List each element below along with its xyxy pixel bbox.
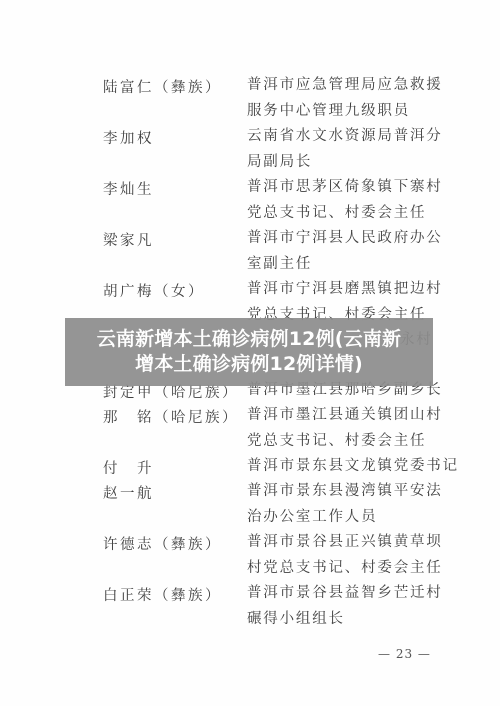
person-position: 云南省水文水资源局普洱分 局副局长 xyxy=(247,124,437,175)
position-line: 党总支书记、村委会主任 xyxy=(247,201,437,227)
position-line: 普洱市景谷县正兴镇黄草坝 xyxy=(247,530,437,556)
person-name: 许德志（彝族） xyxy=(103,533,222,554)
position-line: 普洱市思茅区倚象镇下寨村 xyxy=(247,175,437,201)
person-name: 胡广梅（女） xyxy=(103,280,205,301)
person-name: 那 铭（哈尼族） xyxy=(103,406,239,427)
person-name: 李灿生 xyxy=(103,178,154,199)
person-name: 梁家凡 xyxy=(103,229,154,250)
position-line: 普洱市宁洱县磨黑镇把边村 xyxy=(247,277,437,303)
position-line: 室副主任 xyxy=(247,252,437,278)
person-name: 白正荣（彝族） xyxy=(103,584,222,605)
headline-line-2: 增本土确诊病例12例详情) xyxy=(135,352,363,377)
headline-overlay-banner: 云南新增本土确诊病例12例(云南新 增本土确诊病例12例详情) xyxy=(65,318,433,386)
person-position: 普洱市思茅区倚象镇下寨村 党总支书记、村委会主任 xyxy=(247,175,437,226)
position-line: 治办公室工作人员 xyxy=(247,505,437,531)
person-position: 普洱市宁洱县人民政府办公 室副主任 xyxy=(247,226,437,277)
headline-line-1: 云南新增本土确诊病例12例(云南新 xyxy=(97,327,402,352)
person-position: 普洱市应急管理局应急救援 服务中心管理九级职员 xyxy=(247,73,437,124)
position-line: 服务中心管理九级职员 xyxy=(247,99,437,125)
document-page: 陆富仁（彝族） 普洱市应急管理局应急救援 服务中心管理九级职员 李加权 云南省水… xyxy=(0,0,500,706)
person-name: 付 升 xyxy=(103,457,154,478)
person-position: 普洱市墨江县通关镇团山村 党总支书记、村委会主任 xyxy=(247,403,437,454)
position-line: 普洱市墨江县通关镇团山村 xyxy=(247,403,437,429)
position-line: 云南省水文水资源局普洱分 xyxy=(247,124,437,150)
position-line: 普洱市宁洱县人民政府办公 xyxy=(247,226,437,252)
position-line: 普洱市应急管理局应急救援 xyxy=(247,73,437,99)
position-line: 村党总支书记、村委会主任 xyxy=(247,556,437,582)
position-line: 局副局长 xyxy=(247,150,437,176)
person-position: 普洱市景东县漫湾镇平安法 治办公室工作人员 xyxy=(247,479,437,530)
person-position: 普洱市景东县文龙镇党委书记 xyxy=(247,454,437,480)
position-line: 普洱市景谷县益智乡芒迁村 xyxy=(247,581,437,607)
page-number: — 23 — xyxy=(378,647,431,661)
position-line: 碾得小组组长 xyxy=(247,607,437,633)
position-line: 普洱市景东县文龙镇党委书记 xyxy=(247,454,437,480)
position-line: 党总支书记、村委会主任 xyxy=(247,429,437,455)
person-name: 赵一航 xyxy=(103,482,154,503)
person-position: 普洱市景谷县正兴镇黄草坝 村党总支书记、村委会主任 xyxy=(247,530,437,581)
person-name: 陆富仁（彝族） xyxy=(103,76,222,97)
person-name: 李加权 xyxy=(103,127,154,148)
position-line: 普洱市景东县漫湾镇平安法 xyxy=(247,479,437,505)
person-position: 普洱市景谷县益智乡芒迁村 碾得小组组长 xyxy=(247,581,437,632)
